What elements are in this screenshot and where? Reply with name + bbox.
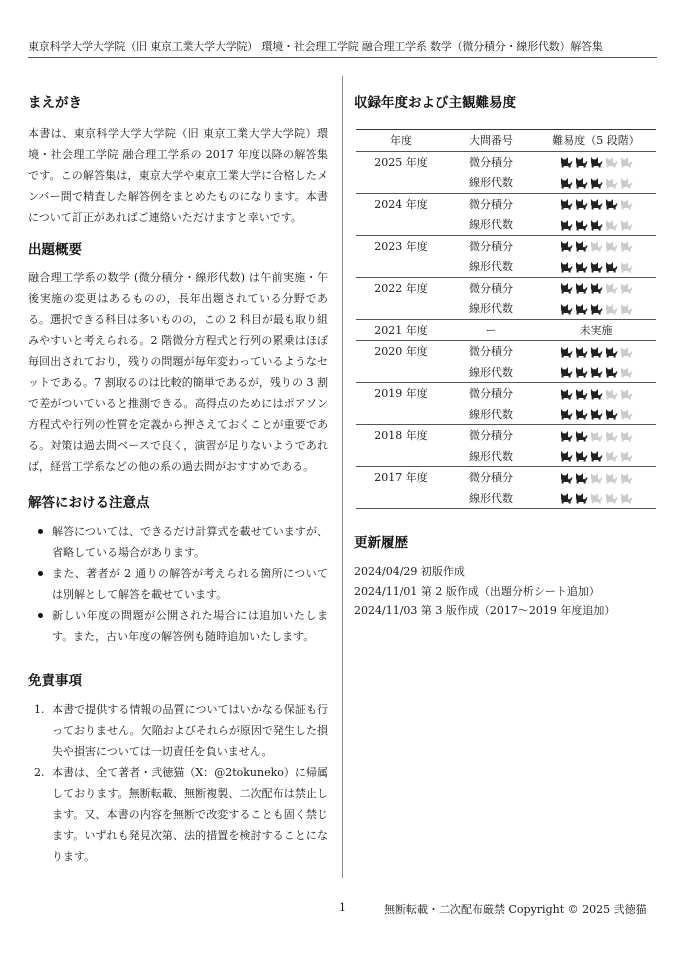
cat-filled-icon — [590, 177, 603, 189]
cat-empty-icon — [620, 261, 633, 273]
difficulty-rating — [560, 303, 633, 315]
cat-empty-icon — [620, 366, 633, 378]
table-row: 2025 年度微分積分 — [356, 151, 656, 172]
cat-filled-icon — [560, 388, 573, 400]
cat-filled-icon — [590, 198, 603, 210]
cell-year — [356, 256, 446, 277]
cat-filled-icon — [560, 177, 573, 189]
year-group: 2020 年度微分積分線形代数 — [356, 341, 656, 383]
preface-heading: まえがき — [28, 91, 328, 111]
cell-difficulty — [536, 488, 656, 509]
cell-year — [356, 446, 446, 467]
cell-year: 2021 年度 — [356, 319, 446, 341]
cat-filled-icon — [560, 366, 573, 378]
cat-filled-icon — [560, 303, 573, 315]
disclaimer-item: 2.本書は、全て著者・弐徳猫（X：@2tokuneko）に帰属しております。無断… — [34, 762, 328, 867]
table-row: 線形代数 — [356, 256, 656, 277]
cell-difficulty — [536, 193, 656, 214]
cat-filled-icon — [590, 408, 603, 420]
page-number: 1 — [339, 901, 346, 914]
table-row: 2024 年度微分積分 — [356, 193, 656, 214]
difficulty-rating — [560, 388, 633, 400]
cell-difficulty — [536, 341, 656, 362]
cat-empty-icon — [605, 177, 618, 189]
cat-filled-icon — [605, 261, 618, 273]
cat-filled-icon — [605, 408, 618, 420]
cat-empty-icon — [620, 472, 633, 484]
cat-empty-icon — [590, 472, 603, 484]
column-divider — [342, 76, 343, 878]
section-difficulty: 収録年度および主観難易度 年度 大問番号 難易度（5 段階） 2025 年度微分… — [354, 91, 658, 111]
difficulty-rating — [560, 282, 633, 294]
cell-year: 2020 年度 — [356, 341, 446, 362]
cat-filled-icon — [560, 450, 573, 462]
table-row: 線形代数 — [356, 488, 656, 509]
col-header-question: 大問番号 — [446, 130, 536, 152]
cat-filled-icon — [575, 156, 588, 168]
cat-filled-icon — [575, 366, 588, 378]
cell-year: 2017 年度 — [356, 467, 446, 488]
cat-empty-icon — [620, 156, 633, 168]
preface-text: 本書は、東京科学大学大学院（旧 東京工業大学大学院）環境・社会理工学院 融合理工… — [28, 123, 328, 228]
difficulty-rating — [560, 198, 633, 210]
history-item: 2024/04/29 初版作成 — [354, 562, 658, 582]
cat-filled-icon — [575, 198, 588, 210]
cat-filled-icon — [605, 346, 618, 358]
bullet-icon — [38, 613, 43, 618]
cat-empty-icon — [620, 282, 633, 294]
cell-difficulty — [536, 172, 656, 193]
cell-question: 微分積分 — [446, 277, 536, 298]
table-row: 2019 年度微分積分 — [356, 383, 656, 404]
table-row: 線形代数 — [356, 446, 656, 467]
history-item: 2024/11/01 第 2 版作成（出題分析シート追加） — [354, 582, 658, 602]
cell-year: 2019 年度 — [356, 383, 446, 404]
table-row: 2023 年度微分積分 — [356, 235, 656, 256]
difficulty-heading: 収録年度および主観難易度 — [354, 91, 658, 111]
cat-filled-icon — [605, 198, 618, 210]
left-column: まえがき 本書は、東京科学大学大学院（旧 東京工業大学大学院）環境・社会理工学院… — [28, 88, 328, 867]
cat-filled-icon — [575, 282, 588, 294]
notes-list: 解答については、できるだけ計算式を載せていますが、省略している場合があります。 … — [28, 521, 328, 647]
history-heading: 更新履歴 — [354, 531, 658, 551]
cat-filled-icon — [560, 156, 573, 168]
cat-filled-icon — [590, 219, 603, 231]
difficulty-rating — [560, 430, 633, 442]
cell-question: 線形代数 — [446, 404, 536, 425]
col-header-year: 年度 — [356, 130, 446, 152]
overview-text: 融合理工学系の数学 (微分積分・線形代数) は午前実施・午後実施の変更はあるもの… — [28, 267, 328, 477]
cell-year — [356, 298, 446, 319]
difficulty-rating — [560, 450, 633, 462]
cell-year: 2025 年度 — [356, 151, 446, 172]
cell-difficulty — [536, 256, 656, 277]
table-row: 線形代数 — [356, 214, 656, 235]
year-group: 2024 年度微分積分線形代数 — [356, 193, 656, 235]
notes-heading: 解答における注意点 — [28, 491, 328, 511]
year-group: 2025 年度微分積分線形代数 — [356, 151, 656, 193]
cat-empty-icon — [605, 282, 618, 294]
table-row: 2018 年度微分積分 — [356, 425, 656, 446]
year-group: 2021 年度ー未実施 — [356, 319, 656, 341]
cat-filled-icon — [560, 261, 573, 273]
cat-filled-icon — [575, 430, 588, 442]
cat-filled-icon — [560, 282, 573, 294]
col-header-difficulty: 難易度（5 段階） — [536, 130, 656, 152]
cell-difficulty — [536, 151, 656, 172]
cat-filled-icon — [560, 346, 573, 358]
cat-empty-icon — [620, 388, 633, 400]
cell-question: 線形代数 — [446, 298, 536, 319]
cell-difficulty — [536, 277, 656, 298]
cell-difficulty — [536, 467, 656, 488]
difficulty-rating — [560, 346, 633, 358]
cat-empty-icon — [620, 240, 633, 252]
cell-difficulty — [536, 298, 656, 319]
cat-empty-icon — [590, 240, 603, 252]
cat-empty-icon — [620, 303, 633, 315]
cell-question: 線形代数 — [446, 214, 536, 235]
cell-difficulty — [536, 214, 656, 235]
difficulty-rating — [560, 219, 633, 231]
year-group: 2022 年度微分積分線形代数 — [356, 277, 656, 319]
history-item: 2024/11/03 第 3 版作成（2017〜2019 年度追加） — [354, 601, 658, 621]
disclaimer-list: 1.本書で提供する情報の品質についてはいかなる保証も行っておりません。欠陥および… — [28, 699, 328, 867]
cat-empty-icon — [620, 450, 633, 462]
notes-item: 解答については、できるだけ計算式を載せていますが、省略している場合があります。 — [38, 521, 328, 563]
cat-empty-icon — [605, 240, 618, 252]
cat-filled-icon — [605, 366, 618, 378]
copyright-notice: 無断転載・二次配布厳禁 Copyright © 2025 弐徳猫 — [384, 901, 647, 917]
table-header-row: 年度 大問番号 難易度（5 段階） — [356, 130, 656, 152]
cat-filled-icon — [560, 198, 573, 210]
cell-question: 微分積分 — [446, 193, 536, 214]
cat-empty-icon — [605, 388, 618, 400]
cat-filled-icon — [575, 450, 588, 462]
cat-empty-icon — [620, 408, 633, 420]
table-row: 線形代数 — [356, 298, 656, 319]
difficulty-rating — [560, 492, 633, 504]
cat-empty-icon — [620, 346, 633, 358]
cat-filled-icon — [560, 240, 573, 252]
cell-year: 2018 年度 — [356, 425, 446, 446]
cell-difficulty — [536, 404, 656, 425]
cat-filled-icon — [575, 219, 588, 231]
year-group: 2018 年度微分積分線形代数 — [356, 425, 656, 467]
cat-filled-icon — [575, 303, 588, 315]
table-row: 線形代数 — [356, 404, 656, 425]
disclaimer-heading: 免責事項 — [28, 669, 328, 689]
cat-filled-icon — [575, 388, 588, 400]
cat-filled-icon — [575, 346, 588, 358]
cell-question: ー — [446, 319, 536, 341]
cell-question: 微分積分 — [446, 341, 536, 362]
cat-empty-icon — [605, 430, 618, 442]
cat-empty-icon — [590, 430, 603, 442]
cat-filled-icon — [560, 492, 573, 504]
cell-difficulty: 未実施 — [536, 319, 656, 341]
difficulty-rating — [560, 472, 633, 484]
header-rule — [28, 57, 657, 58]
cell-question: 線形代数 — [446, 172, 536, 193]
cat-empty-icon — [605, 450, 618, 462]
cat-filled-icon — [575, 408, 588, 420]
section-preface: まえがき 本書は、東京科学大学大学院（旧 東京工業大学大学院）環境・社会理工学院… — [28, 91, 328, 228]
disclaimer-item: 1.本書で提供する情報の品質についてはいかなる保証も行っておりません。欠陥および… — [34, 699, 328, 762]
cell-question: 微分積分 — [446, 467, 536, 488]
cell-difficulty — [536, 425, 656, 446]
cell-year — [356, 404, 446, 425]
difficulty-table: 年度 大問番号 難易度（5 段階） 2025 年度微分積分線形代数2024 年度… — [356, 129, 656, 509]
section-notes: 解答における注意点 解答については、できるだけ計算式を載せていますが、省略してい… — [28, 491, 328, 647]
table-row: 線形代数 — [356, 172, 656, 193]
year-group: 2017 年度微分積分線形代数 — [356, 467, 656, 509]
cell-question: 線形代数 — [446, 256, 536, 277]
table-row: 線形代数 — [356, 362, 656, 383]
cat-filled-icon — [590, 282, 603, 294]
cell-year — [356, 362, 446, 383]
cat-empty-icon — [605, 492, 618, 504]
cat-empty-icon — [620, 430, 633, 442]
cat-empty-icon — [605, 156, 618, 168]
cat-filled-icon — [590, 303, 603, 315]
cell-question: 線形代数 — [446, 488, 536, 509]
difficulty-rating — [560, 408, 633, 420]
difficulty-rating — [560, 261, 633, 273]
cat-filled-icon — [575, 492, 588, 504]
cat-filled-icon — [560, 472, 573, 484]
cat-filled-icon — [575, 240, 588, 252]
cell-difficulty — [536, 362, 656, 383]
cat-filled-icon — [575, 261, 588, 273]
table-row: 2017 年度微分積分 — [356, 467, 656, 488]
cat-empty-icon — [620, 492, 633, 504]
section-history: 更新履歴 2024/04/29 初版作成 2024/11/01 第 2 版作成（… — [354, 531, 658, 621]
running-header: 東京科学大学大学院（旧 東京工業大学大学院） 環境・社会理工学院 融合理工学系 … — [28, 38, 657, 54]
difficulty-rating — [560, 177, 633, 189]
right-column: 収録年度および主観難易度 年度 大問番号 難易度（5 段階） 2025 年度微分… — [354, 88, 658, 111]
cell-question: 微分積分 — [446, 235, 536, 256]
cell-difficulty — [536, 446, 656, 467]
cat-filled-icon — [560, 408, 573, 420]
cat-empty-icon — [620, 177, 633, 189]
cell-difficulty — [536, 235, 656, 256]
cell-question: 微分積分 — [446, 425, 536, 446]
table-row: 2021 年度ー未実施 — [356, 319, 656, 341]
cell-year — [356, 488, 446, 509]
cell-question: 微分積分 — [446, 383, 536, 404]
year-group: 2023 年度微分積分線形代数 — [356, 235, 656, 277]
difficulty-rating — [560, 156, 633, 168]
bullet-icon — [38, 529, 43, 534]
cat-filled-icon — [590, 156, 603, 168]
cat-filled-icon — [590, 450, 603, 462]
cell-question: 線形代数 — [446, 446, 536, 467]
table-row: 2022 年度微分積分 — [356, 277, 656, 298]
difficulty-rating — [560, 366, 633, 378]
cell-year: 2022 年度 — [356, 277, 446, 298]
cat-filled-icon — [590, 261, 603, 273]
cat-empty-icon — [605, 303, 618, 315]
year-group: 2019 年度微分積分線形代数 — [356, 383, 656, 425]
cell-year: 2024 年度 — [356, 193, 446, 214]
cat-filled-icon — [590, 388, 603, 400]
cell-question: 線形代数 — [446, 362, 536, 383]
bullet-icon — [38, 571, 43, 576]
cat-empty-icon — [590, 492, 603, 504]
notes-item: 新しい年度の問題が公開された場合には追加いたします。また，古い年度の解答例も随時… — [38, 605, 328, 647]
cat-filled-icon — [560, 430, 573, 442]
table-row: 2020 年度微分積分 — [356, 341, 656, 362]
cat-empty-icon — [620, 219, 633, 231]
cell-year: 2023 年度 — [356, 235, 446, 256]
cat-filled-icon — [575, 177, 588, 189]
cat-filled-icon — [590, 346, 603, 358]
cat-empty-icon — [605, 472, 618, 484]
section-disclaimer: 免責事項 1.本書で提供する情報の品質についてはいかなる保証も行っておりません。… — [28, 669, 328, 867]
section-overview: 出題概要 融合理工学系の数学 (微分積分・線形代数) は午前実施・午後実施の変更… — [28, 238, 328, 477]
cat-empty-icon — [605, 219, 618, 231]
cat-filled-icon — [560, 219, 573, 231]
difficulty-rating — [560, 240, 633, 252]
cell-difficulty — [536, 383, 656, 404]
cell-question: 微分積分 — [446, 151, 536, 172]
overview-heading: 出題概要 — [28, 238, 328, 258]
cell-year — [356, 214, 446, 235]
cat-filled-icon — [590, 366, 603, 378]
cat-empty-icon — [620, 198, 633, 210]
cell-year — [356, 172, 446, 193]
cat-filled-icon — [575, 472, 588, 484]
notes-item: また、著者が 2 通りの解答が考えられる箇所については別解として解答を載せていま… — [38, 563, 328, 605]
